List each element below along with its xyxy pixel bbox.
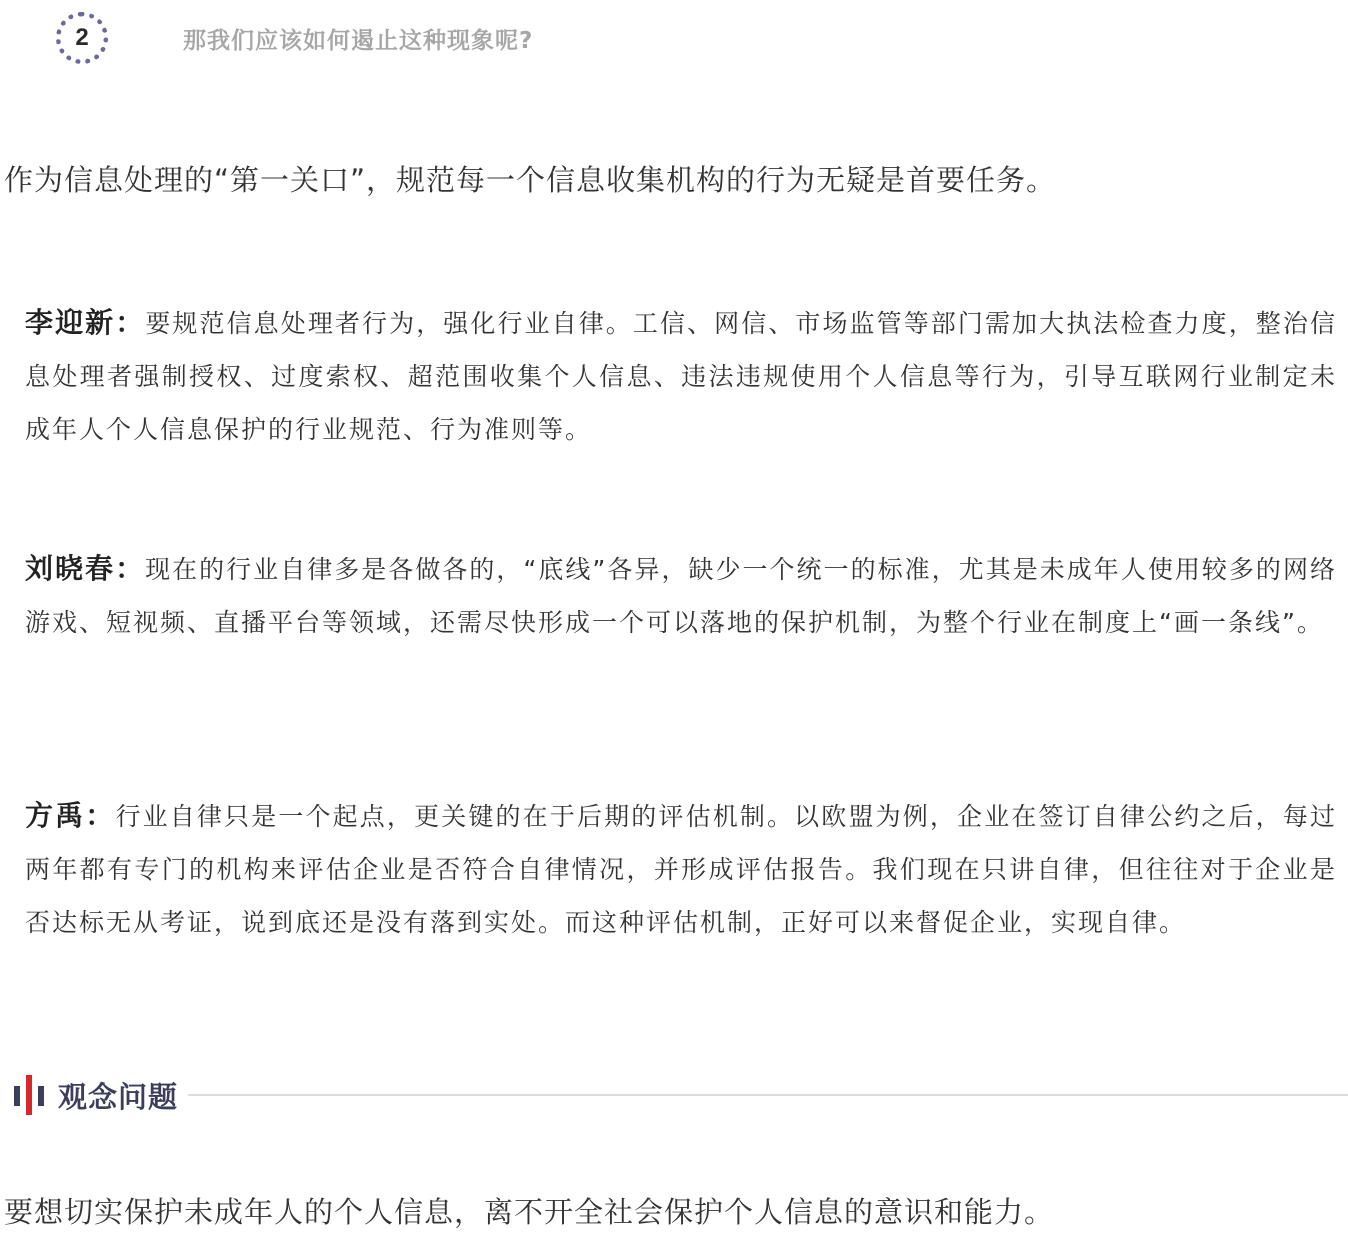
question-number: 2 [75,24,88,52]
section-heading: 观念问题 [12,1073,1348,1117]
closing-paragraph: 要想切实保护未成年人的个人信息，离不开全社会保护个人信息的意识和能力。 [4,1190,1054,1231]
section-title: 观念问题 [58,1075,178,1116]
question-number-badge: 2 [56,12,108,64]
answer-paragraph: 李迎新：要规范信息处理者行为，强化行业自律。工信、网信、市场监管等部门需加大执法… [25,296,1337,456]
navy-bar [14,1086,20,1106]
answer-text: 现在的行业自律多是各做各的，“底线”各异，缺少一个统一的标准，尤其是未成年人使用… [25,555,1337,637]
question-title: 那我们应该如何遏止这种现象呢? [183,22,533,55]
red-bar [26,1075,32,1115]
lead-paragraph: 作为信息处理的“第一关口”，规范每一个信息收集机构的行为无疑是首要任务。 [4,158,1056,199]
section-divider [188,1094,1348,1096]
section-bars-icon [12,1073,50,1117]
answer-text: 要规范信息处理者行为，强化行业自律。工信、网信、市场监管等部门需加大执法检查力度… [25,309,1337,444]
question-header: 2 那我们应该如何遏止这种现象呢? [56,8,533,68]
speaker-name: 李迎新： [25,306,145,339]
answer-text: 行业自律只是一个起点，更关键的在于后期的评估机制。以欧盟为例，企业在签订自律公约… [25,802,1337,937]
speaker-name: 刘晓春： [25,552,145,585]
answer-paragraph: 方禹：行业自律只是一个起点，更关键的在于后期的评估机制。以欧盟为例，企业在签订自… [25,789,1337,949]
navy-bar [38,1086,44,1106]
answer-paragraph: 刘晓春：现在的行业自律多是各做各的，“底线”各异，缺少一个统一的标准，尤其是未成… [25,542,1337,649]
speaker-name: 方禹： [25,799,115,832]
